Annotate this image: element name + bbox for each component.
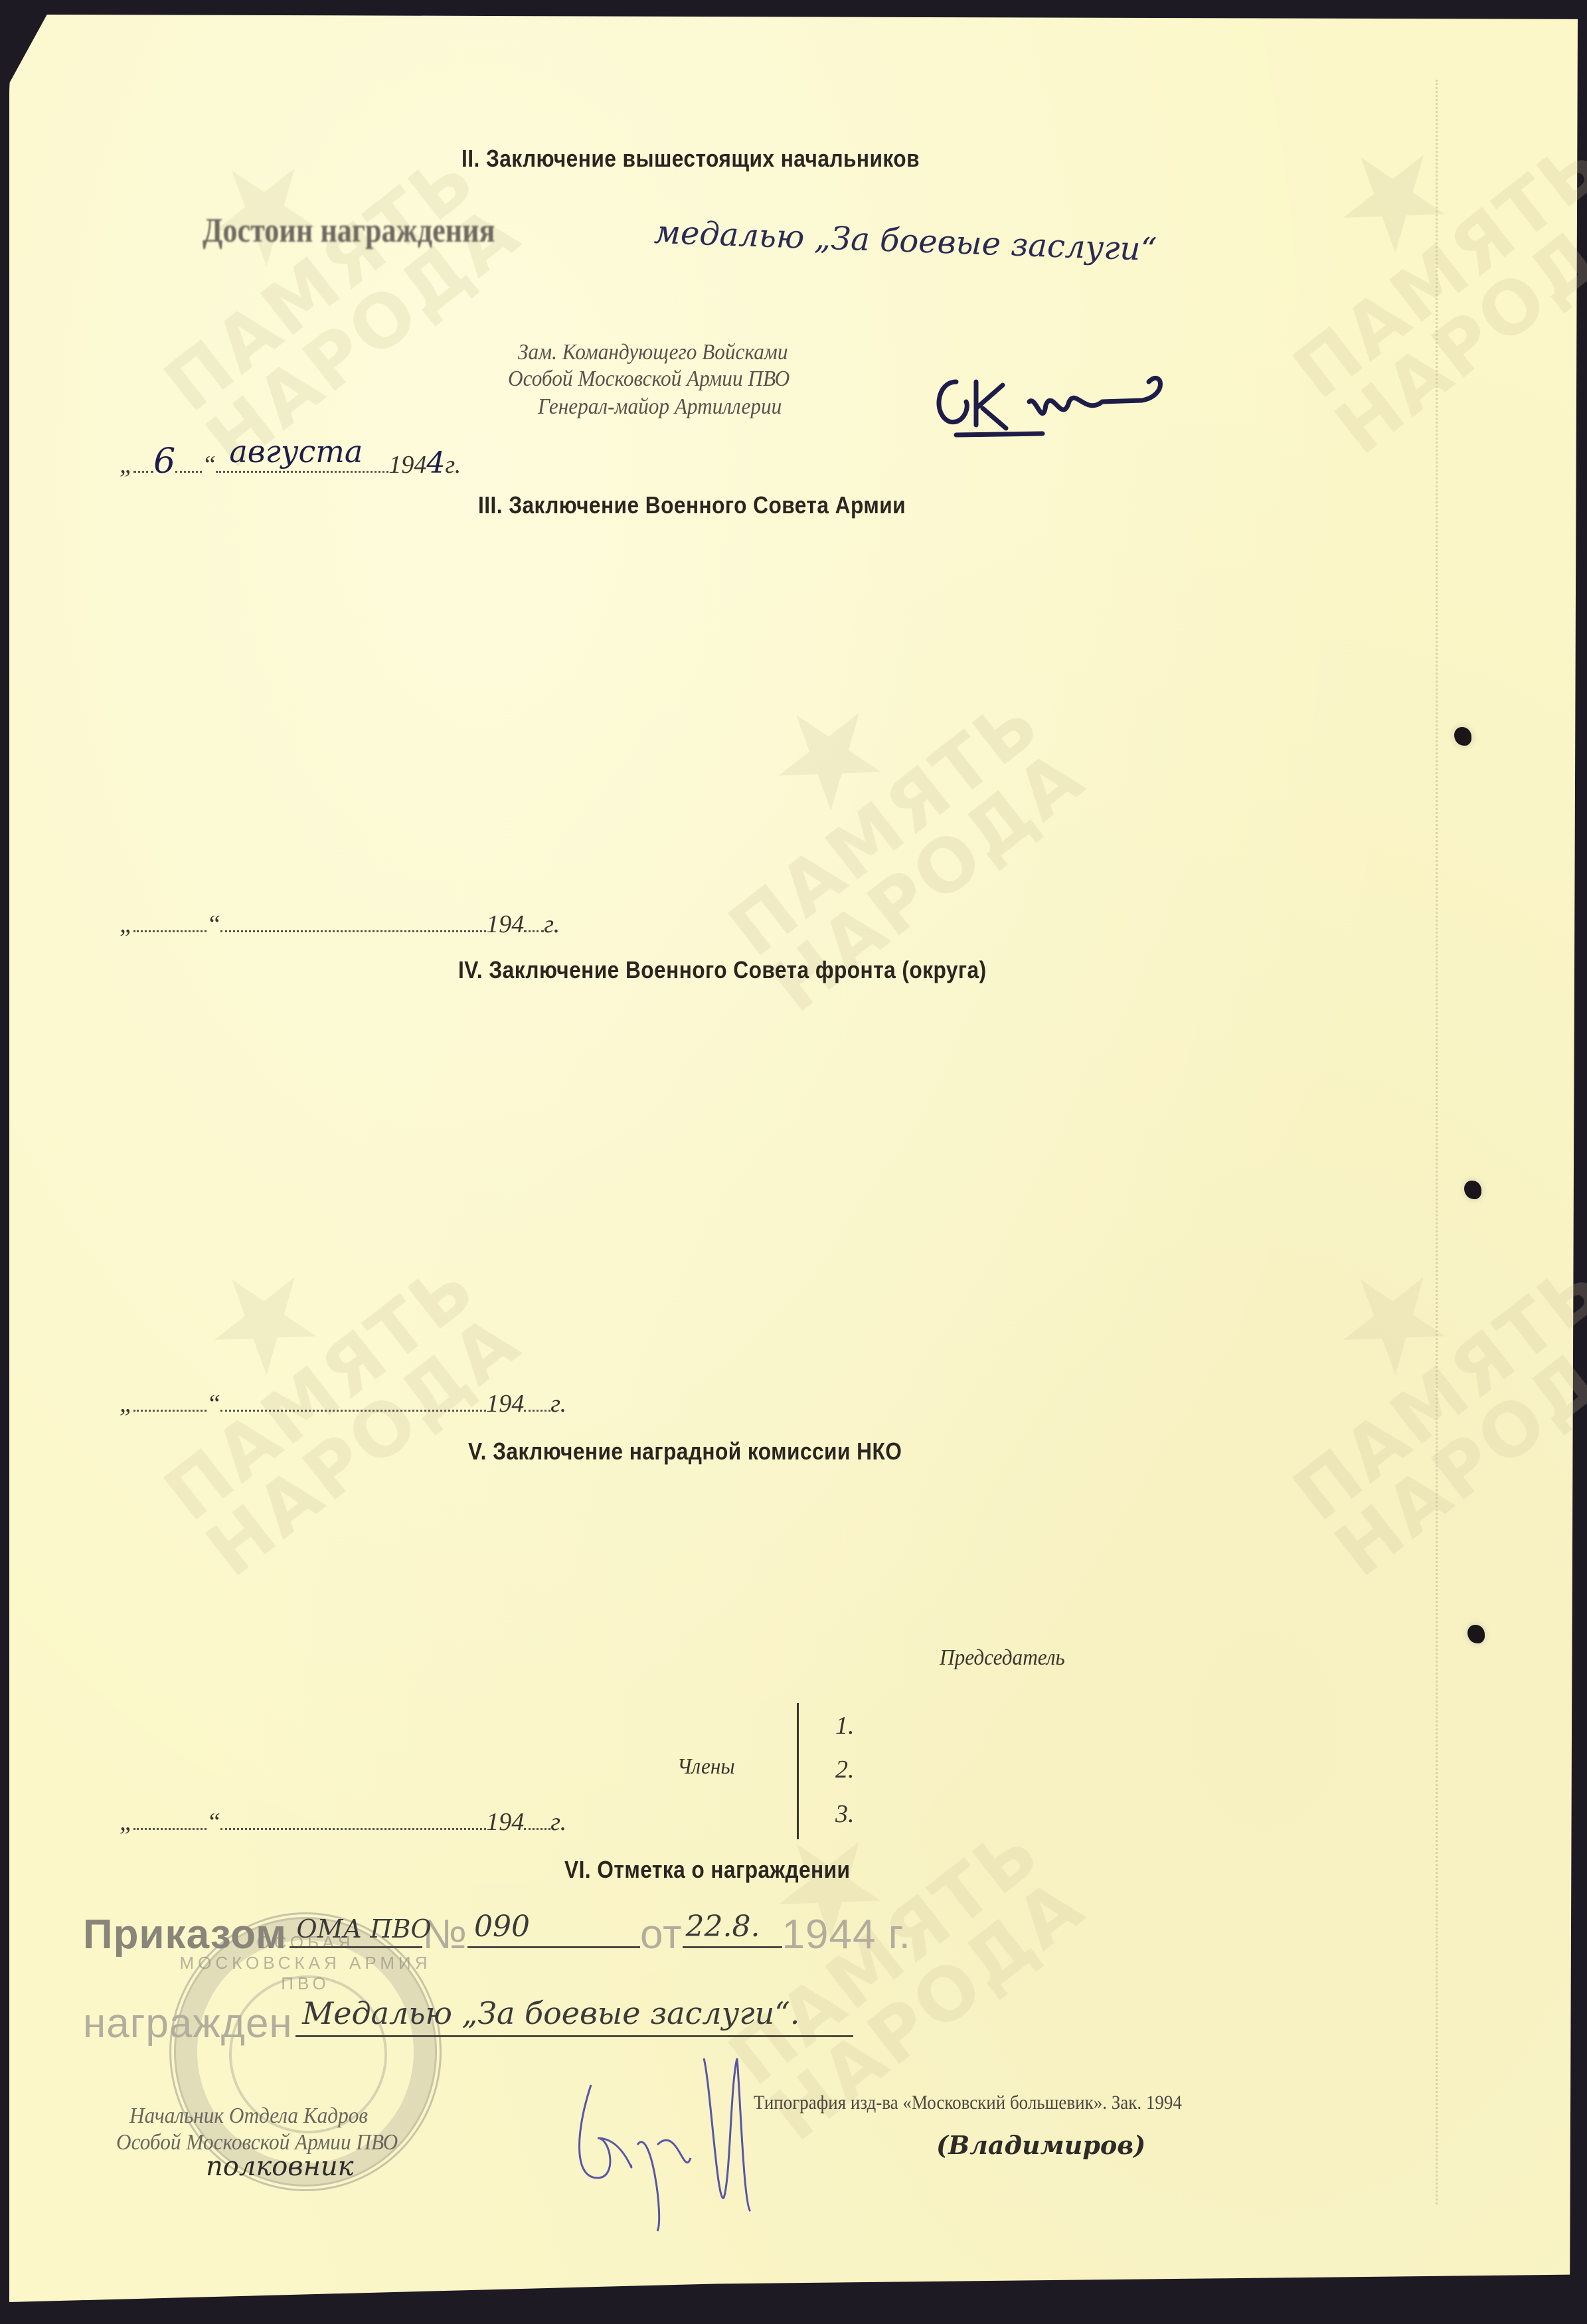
perforation-line xyxy=(1436,80,1438,2204)
worthy-label: Достоин награждения xyxy=(203,211,495,250)
section-4-title: IV. Заключение Военного Совета фронта (о… xyxy=(458,956,987,984)
members-brace xyxy=(797,1703,799,1839)
hr-signer-rank: полковник xyxy=(206,2151,354,2182)
signer-title-line2: Особой Московской Армии ПВО xyxy=(508,367,790,392)
awarded-value: Медалью „За боевые заслуги“. xyxy=(302,1995,799,2031)
section-3-title: III. Заключение Военного Совета Армии xyxy=(478,491,906,519)
section-5-title: V. Заключение наградной комиссии НКО xyxy=(468,1438,902,1465)
hr-signer-name: (Владимиров) xyxy=(936,2130,1145,2160)
section-4-date: „“194г. xyxy=(120,1389,566,1418)
awarded-label: награжден xyxy=(83,2001,293,2046)
members-label: Члены xyxy=(677,1754,735,1780)
order-year: 1944 г. xyxy=(782,1912,911,1957)
section-2-title: II. Заключение вышестоящих начальников xyxy=(461,145,920,173)
punch-hole xyxy=(1467,1625,1485,1643)
punch-hole xyxy=(1464,1181,1481,1199)
hr-signature xyxy=(571,2045,850,2244)
signer-title-line1: Зам. Командующего Войсками xyxy=(518,340,788,365)
member-3: 3. xyxy=(835,1799,855,1829)
member-1: 1. xyxy=(835,1711,855,1740)
section-5-date: „“194г. xyxy=(120,1807,566,1837)
signer-title-line3: Генерал-майор Артиллерии xyxy=(538,394,782,420)
section-6-title: VI. Отметка о награждении xyxy=(564,1856,850,1884)
order-number: 090 xyxy=(474,1910,530,1944)
date-year-digit: 4 xyxy=(426,446,445,480)
order-line: Приказом ОМА ПВО№090от22.8.1944 г. xyxy=(83,1911,911,1958)
awarded-line: награжден Медалью „За боевые заслуги“. xyxy=(83,2000,853,2047)
section-3-date: „“194г. xyxy=(120,910,560,939)
order-issuer: ОМА ПВО xyxy=(296,1914,431,1944)
date-day: 6 xyxy=(153,442,175,481)
member-2: 2. xyxy=(835,1755,855,1784)
colophon: Типография изд-ва «Московский большевик»… xyxy=(754,2092,1182,2114)
signature xyxy=(930,362,1248,442)
hr-signer-title-line1: Начальник Отдела Кадров xyxy=(129,2104,368,2129)
punch-hole xyxy=(1454,727,1471,746)
order-label: Приказом xyxy=(83,1912,287,1957)
section-2-date: „6“августа1944г. xyxy=(120,442,461,481)
order-date: 22.8. xyxy=(686,1910,760,1944)
chairman-label: Председатель xyxy=(940,1645,1065,1671)
date-month: августа xyxy=(229,434,363,469)
